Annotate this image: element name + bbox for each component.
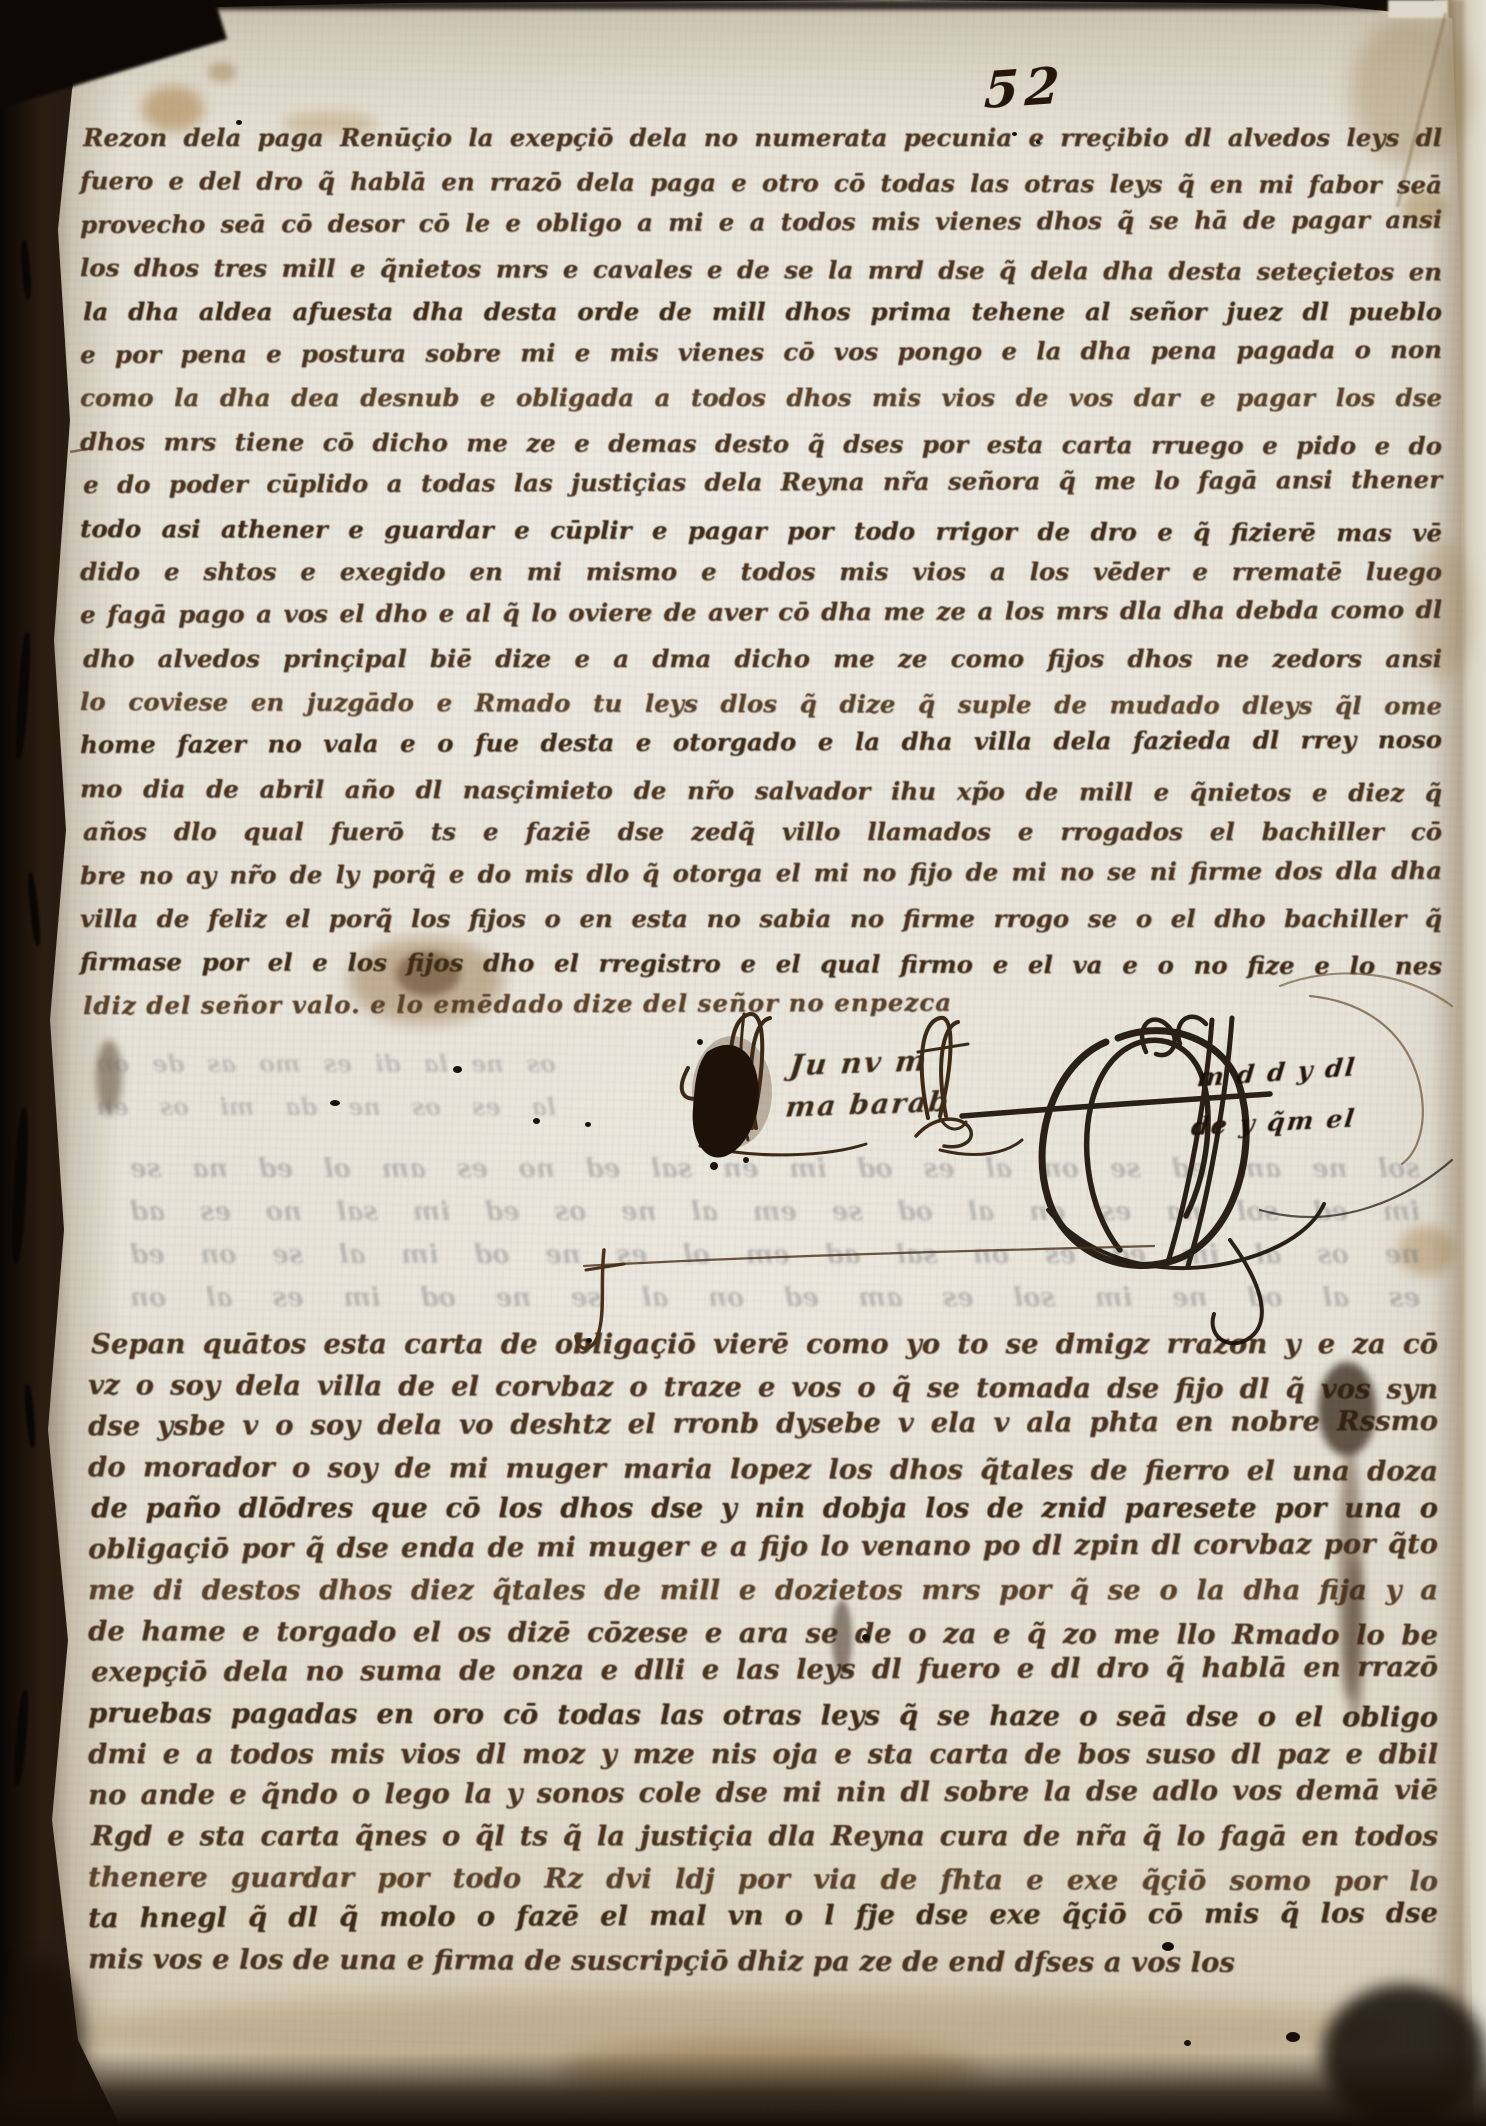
bleedthrough-line: sol ne am ed se on al es od im en sal ed…: [130, 1148, 1420, 1191]
bleedthrough-line: es al od ne im sol es am ed on al se ne …: [130, 1277, 1420, 1320]
manuscript-line: ta hnegl q̃ dl q̃ molo o fazē el mal vn …: [88, 1893, 1438, 1939]
ink-speck: [236, 120, 242, 125]
manuscript-line: do morador o soy de mi muger maria lopez…: [88, 1447, 1438, 1492]
manuscript-line: e do poder cūplido a todas las justiçias…: [83, 458, 1442, 507]
manuscript-line: mo dia de abril año dl nasçimieto de nr̃…: [80, 767, 1442, 815]
bleedthrough-text-middle: sol ne am ed se on al es od im en sal ed…: [130, 1148, 1420, 1320]
manuscript-line: de paño dlōdres que cō los dhos dse y ni…: [91, 1488, 1438, 1529]
manuscript-line: pruebas pagadas en oro cō todas las otra…: [88, 1693, 1438, 1738]
signature-center-line1: Ju nv m: [788, 1044, 930, 1083]
manuscript-line: Rgd e sta carta q̃nes o q̃l ts q̃ la jus…: [91, 1816, 1438, 1857]
bleedthrough-text-left: os ne la di es mo as de onla es os ne da…: [96, 1042, 556, 1128]
manuscript-line: provecho seā cō desor cō le e obligo a m…: [80, 198, 1442, 247]
manuscript-line: me di destos dhos diez q̃tales de mill e…: [88, 1570, 1438, 1611]
manuscript-line: e por pena e postura sobre mi e mis vien…: [80, 328, 1442, 377]
manuscript-line: dido e shtos e exegido en mi mismo e tod…: [80, 550, 1442, 593]
manuscript-line: obligaçiō por q̃ dse enda de mi muger e …: [88, 1524, 1438, 1570]
ink-speck: [453, 1066, 462, 1073]
ink-speck: [1286, 2032, 1300, 2042]
ink-smear: [832, 1600, 852, 1676]
ink-speck: [1184, 2040, 1191, 2046]
manuscript-line: ldiz del señor valo. e lo emēdado dize d…: [83, 980, 1159, 1028]
bleedthrough-line: la es os ne da mi os en: [96, 1085, 556, 1128]
ink-speck: [533, 1118, 540, 1124]
manuscript-line: los dhos tres mill e q̃nietos mrs e cava…: [80, 246, 1442, 294]
manuscript-line: no ande e q̃ndo o lego la y sonos cole d…: [88, 1770, 1438, 1816]
bleedthrough-line: os ne la di es mo as de on: [96, 1042, 556, 1085]
manuscript-line: dho alvedos prinçipal biē dize e a dma d…: [83, 637, 1442, 680]
ink-speck: [330, 1100, 340, 1106]
manuscript-line: dmi e a todos mis vios dl moz y mze nis …: [88, 1734, 1438, 1775]
ink-speck: [586, 1338, 592, 1343]
manuscript-line: Sepan quātos esta carta de obligaçiō vie…: [91, 1324, 1438, 1365]
ink-speck: [1036, 140, 1040, 144]
manuscript-line: la dha aldea afuesta dha desta orde de m…: [83, 290, 1442, 333]
paper-chip: [1388, 0, 1448, 18]
ink-smear: [1346, 1556, 1364, 1726]
manuscript-line: mis vos e los de una e firma de suscripç…: [88, 1939, 1276, 1984]
text-block-lower: Sepan quātos esta carta de obligaçiō vie…: [88, 1324, 1438, 1980]
signature-center-line2: ma barab: [784, 1085, 952, 1124]
ink-speck: [862, 1634, 870, 1641]
ink-smear: [1318, 1362, 1376, 1456]
ink-speck: [585, 1122, 591, 1127]
top-edge-shadow: [80, 0, 1380, 10]
manuscript-line: villa de feliz el porq̃ los fijos o en e…: [80, 897, 1442, 940]
bleedthrough-line: ne os al im ed es on sal ad em ol es ne …: [130, 1234, 1420, 1277]
manuscript-line: años dlo qual fuerō ts e faziē dse zedq̃…: [83, 810, 1442, 853]
manuscript-photo: os ne la di es mo as de onla es os ne da…: [0, 0, 1486, 2126]
folio-number: 52: [983, 55, 1066, 120]
text-block-upper: Rezon dela paga Renūçio la exepçiō dela …: [80, 116, 1442, 1027]
ink-speck: [1012, 132, 1017, 136]
manuscript-line: e fagā pago a vos el dho e al q̃ lo ovie…: [80, 588, 1442, 637]
paper-stain: [208, 62, 236, 82]
ink-speck: [1162, 1942, 1174, 1951]
bleedthrough-line: im ed sol na es on al od se em al ne os …: [130, 1191, 1420, 1234]
manuscript-line: bre no ay nr̃o de ly porq̃ e do mis dlo …: [80, 848, 1442, 897]
manuscript-line: todo asi athener e guardar e cūplir e pa…: [80, 507, 1442, 555]
manuscript-line: como la dha dea desnub e obligada a todo…: [80, 376, 1442, 419]
bottom-edge-shadow: [0, 2052, 1486, 2126]
manuscript-line: home fazer no vala e o fue desta e otorg…: [80, 718, 1442, 767]
manuscript-line: Rezon dela paga Renūçio la exepçiō dela …: [83, 116, 1442, 159]
manuscript-line: exepçiō dela no suma de onza e dlli e la…: [91, 1647, 1438, 1693]
manuscript-line: dse ysbe v o soy dela vo deshtz el rronb…: [88, 1401, 1438, 1447]
